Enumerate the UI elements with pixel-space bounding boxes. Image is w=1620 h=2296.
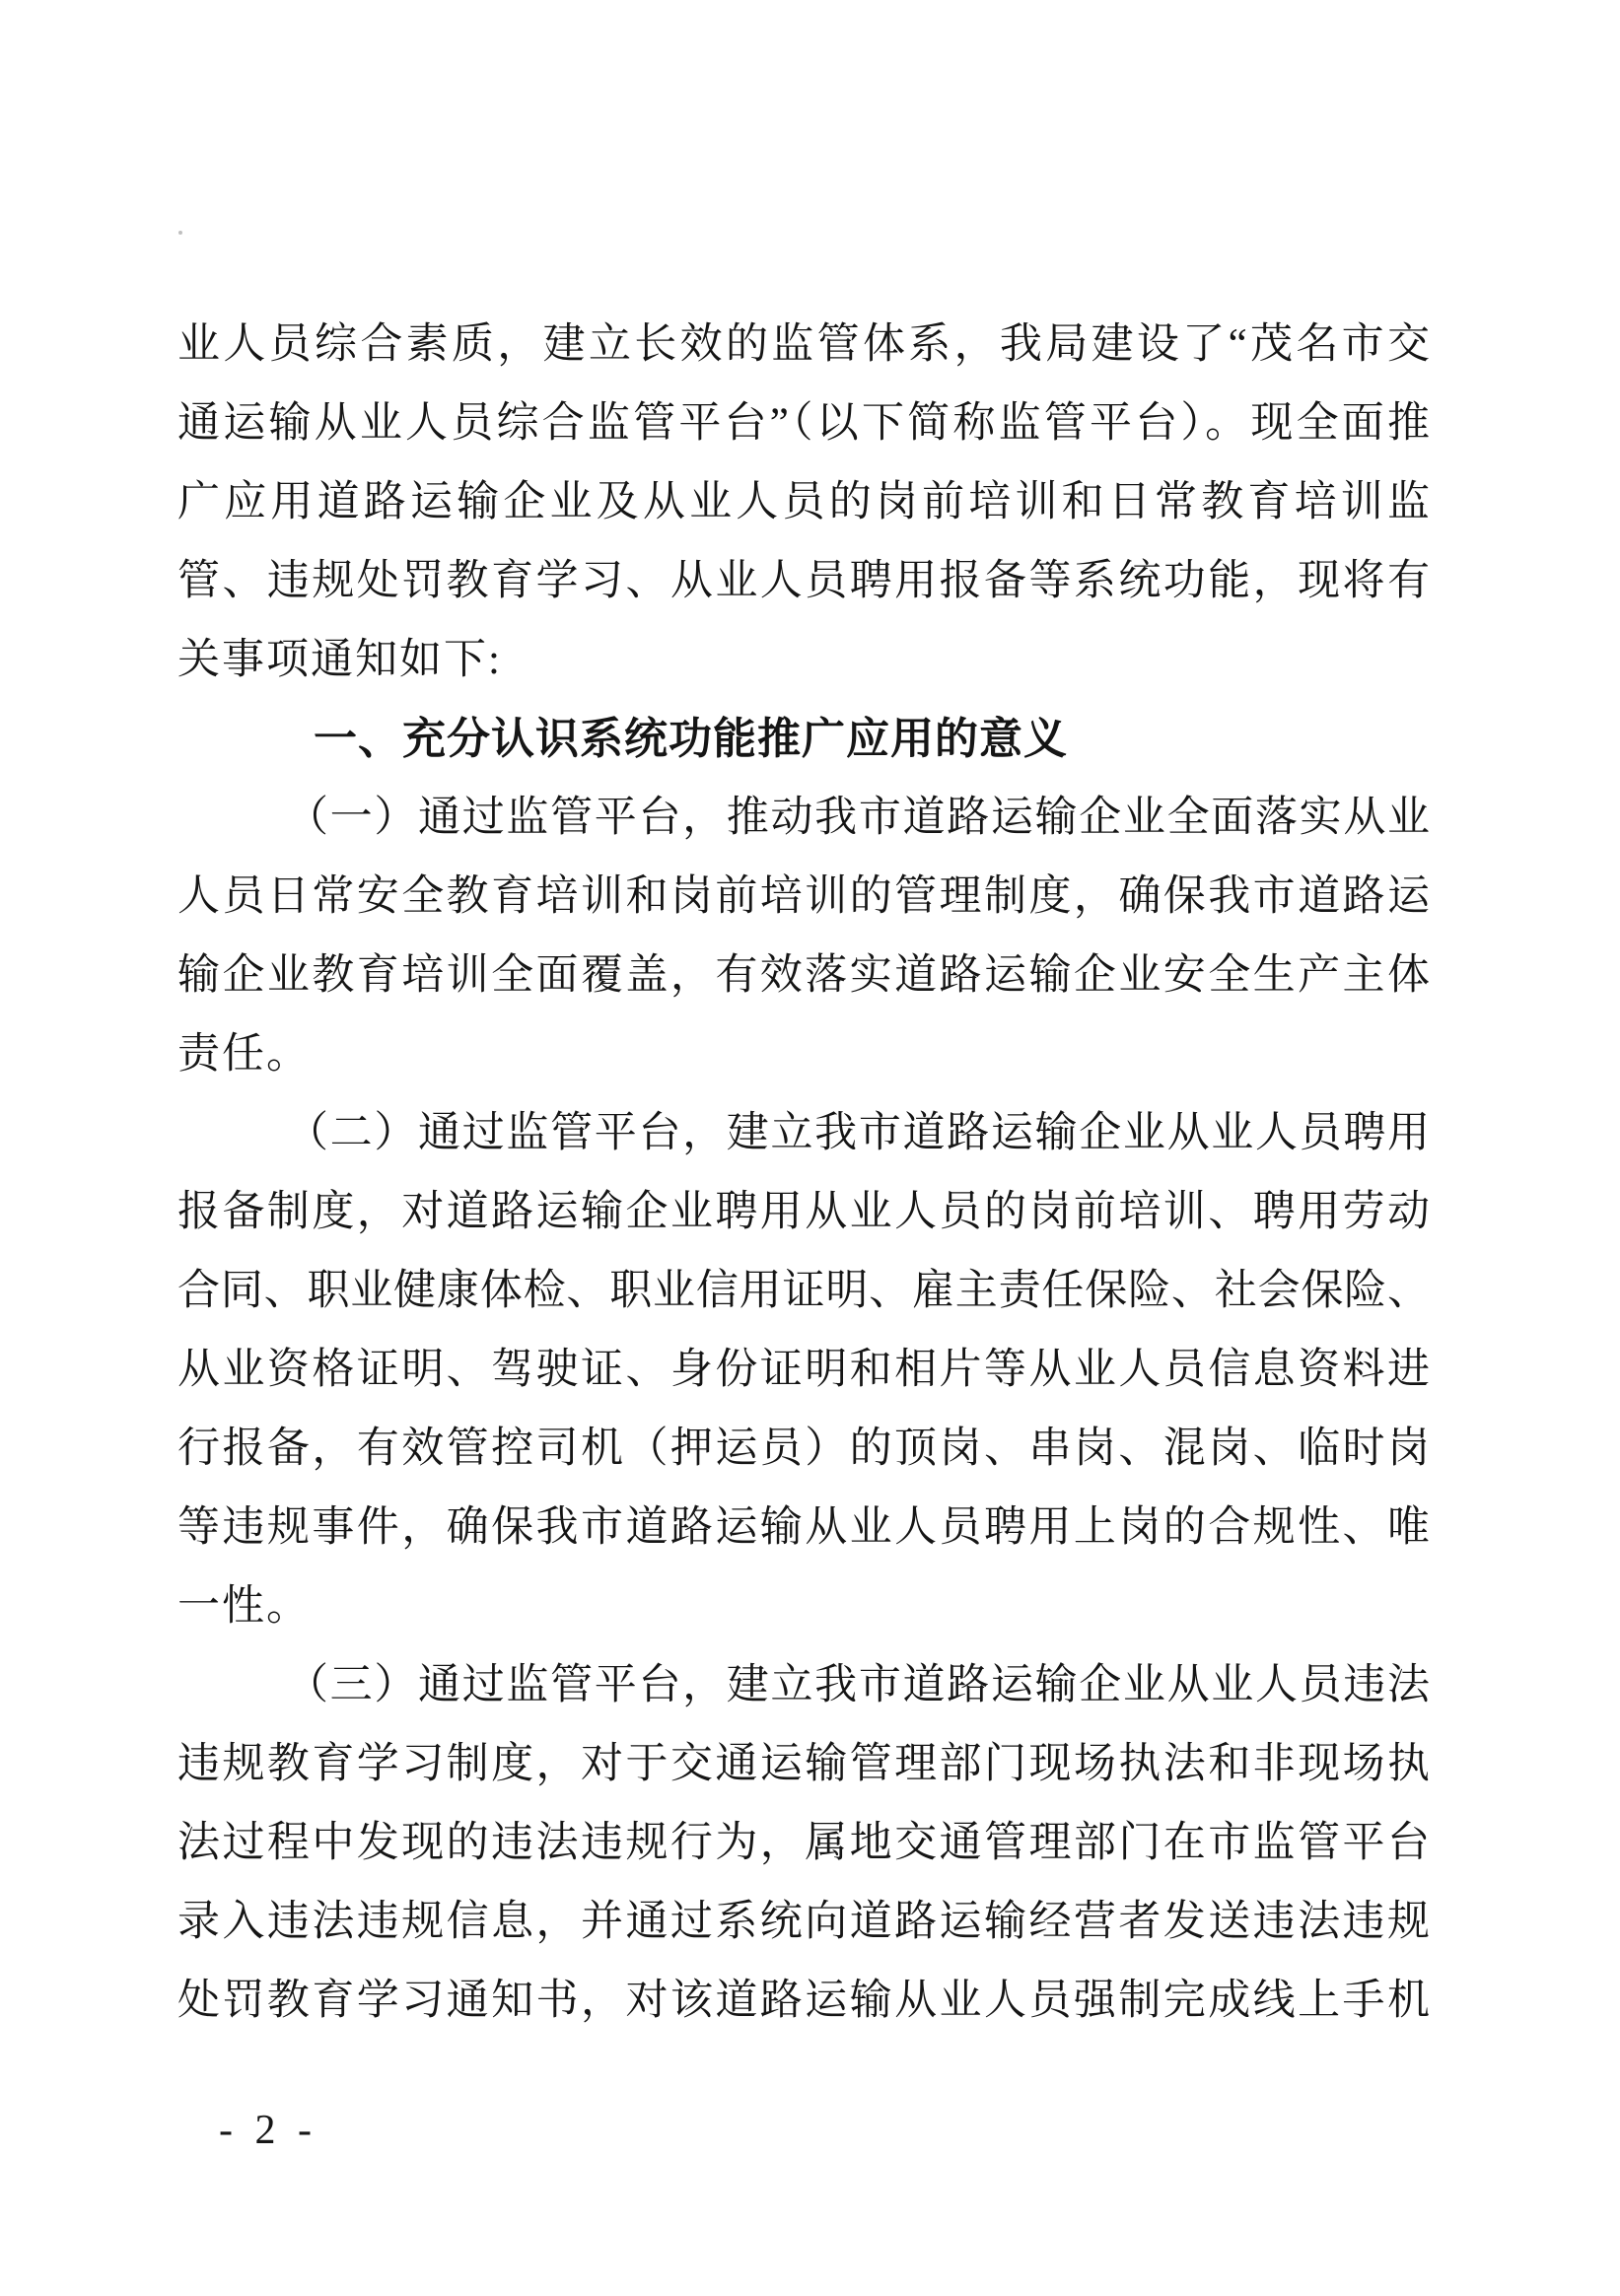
body-line: 人员日常安全教育培训和岗前培训的管理制度，确保我市道路运 xyxy=(177,858,1430,937)
scan-speck xyxy=(858,1829,861,1832)
paragraph-item-3: （三）通过监管平台，建立我市道路运输企业从业人员违法 违规教育学习制度，对于交通… xyxy=(177,1646,1430,2041)
page-number: - 2 - xyxy=(219,2109,317,2152)
body-line: 责任。 xyxy=(177,1015,1430,1094)
body-line: 处罚教育学习通知书，对该道路运输从业人员强制完成线上手机 xyxy=(177,1962,1430,2041)
body-line: 行报备，有效管控司机（押运员）的顶岗、串岗、混岗、临时岗 xyxy=(177,1410,1430,1489)
body-line: 广应用道路运输企业及从业人员的岗前培训和日常教育培训监 xyxy=(177,463,1430,542)
body-line: （一）通过监管平台，推动我市道路运输企业全面落实从业 xyxy=(177,779,1430,858)
paragraph-item-2: （二）通过监管平台，建立我市道路运输企业从业人员聘用 报备制度，对道路运输企业聘… xyxy=(177,1094,1430,1646)
document-body: 业人员综合素质，建立长效的监管体系，我局建设了“茂名市交 通运输从业人员综合监管… xyxy=(177,306,1430,2041)
body-line: 法过程中发现的违法违规行为，属地交通管理部门在市监管平台 xyxy=(177,1804,1430,1883)
scanned-document-page: 业人员综合素质，建立长效的监管体系，我局建设了“茂名市交 通运输从业人员综合监管… xyxy=(0,0,1620,2296)
body-line: 报备制度，对道路运输企业聘用从业人员的岗前培训、聘用劳动 xyxy=(177,1173,1430,1252)
body-line: 从业资格证明、驾驶证、身份证明和相片等从业人员信息资料进 xyxy=(177,1331,1430,1410)
body-line: 业人员综合素质，建立长效的监管体系，我局建设了“茂名市交 xyxy=(177,306,1430,384)
body-line: 违规教育学习制度，对于交通运输管理部门现场执法和非现场执 xyxy=(177,1725,1430,1804)
body-line: 通运输从业人员综合监管平台”（以下简称监管平台）。现全面推 xyxy=(177,384,1430,463)
body-line: 关事项通知如下: xyxy=(177,621,1430,700)
scan-speck xyxy=(178,231,182,235)
body-line: （三）通过监管平台，建立我市道路运输企业从业人员违法 xyxy=(177,1646,1430,1725)
body-line: 等违规事件，确保我市道路运输从业人员聘用上岗的合规性、唯 xyxy=(177,1489,1430,1567)
body-line: 合同、职业健康体检、职业信用证明、雇主责任保险、社会保险、 xyxy=(177,1252,1430,1331)
body-line: 一性。 xyxy=(177,1567,1430,1646)
body-line: 管、违规处罚教育学习、从业人员聘用报备等系统功能，现将有 xyxy=(177,542,1430,621)
section-heading: 一、充分认识系统功能推广应用的意义 xyxy=(177,700,1430,779)
body-line: 录入违法违规信息，并通过系统向道路运输经营者发送违法违规 xyxy=(177,1883,1430,1962)
paragraph-continuation: 业人员综合素质，建立长效的监管体系，我局建设了“茂名市交 通运输从业人员综合监管… xyxy=(177,306,1430,700)
body-line: （二）通过监管平台，建立我市道路运输企业从业人员聘用 xyxy=(177,1094,1430,1173)
section-heading-1: 一、充分认识系统功能推广应用的意义 xyxy=(177,700,1430,779)
paragraph-item-1: （一）通过监管平台，推动我市道路运输企业全面落实从业 人员日常安全教育培训和岗前… xyxy=(177,779,1430,1094)
body-line: 输企业教育培训全面覆盖，有效落实道路运输企业安全生产主体 xyxy=(177,937,1430,1015)
